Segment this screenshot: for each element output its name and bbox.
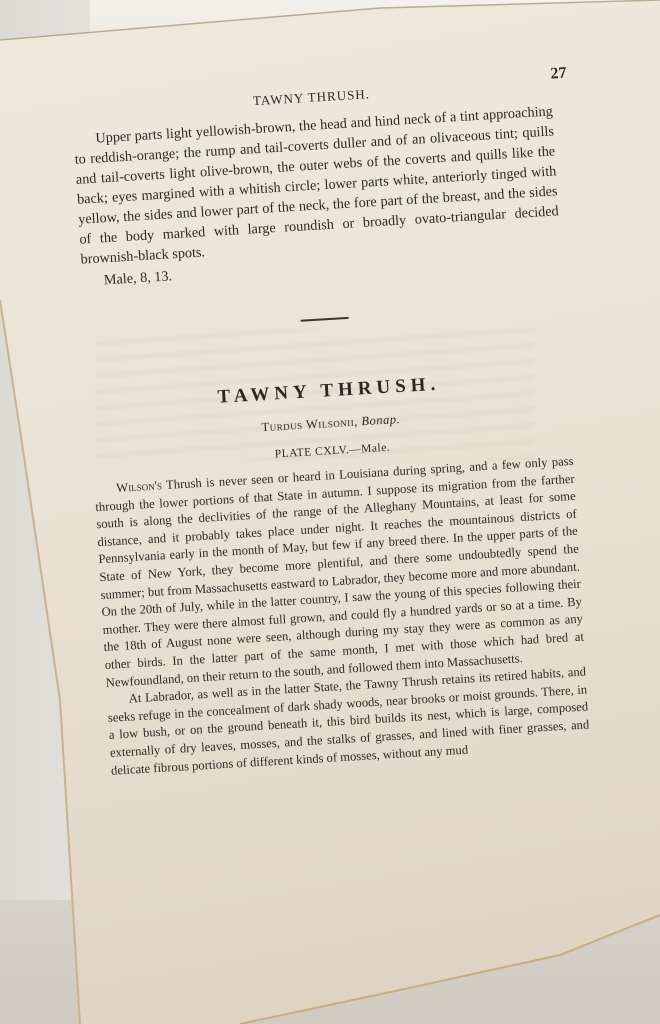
- paragraph-text: Thrush is never seen or heard in Louisia…: [95, 454, 584, 690]
- body-text: Wilson's Thrush is never seen or heard i…: [94, 453, 591, 780]
- description-paragraph: Upper parts light yellowish-brown, the h…: [73, 101, 560, 269]
- lead-small-caps: Wilson's: [116, 478, 162, 495]
- page-number: 27: [550, 65, 567, 84]
- latin-authority: Bonap.: [361, 412, 401, 428]
- body-paragraph-1: Wilson's Thrush is never seen or heard i…: [94, 453, 586, 692]
- page-content: TAWNY THRUSH. 27 Upper parts light yello…: [70, 52, 591, 780]
- section-divider: [301, 317, 349, 322]
- latin-binomial: Turdus Wilsonii,: [261, 415, 358, 435]
